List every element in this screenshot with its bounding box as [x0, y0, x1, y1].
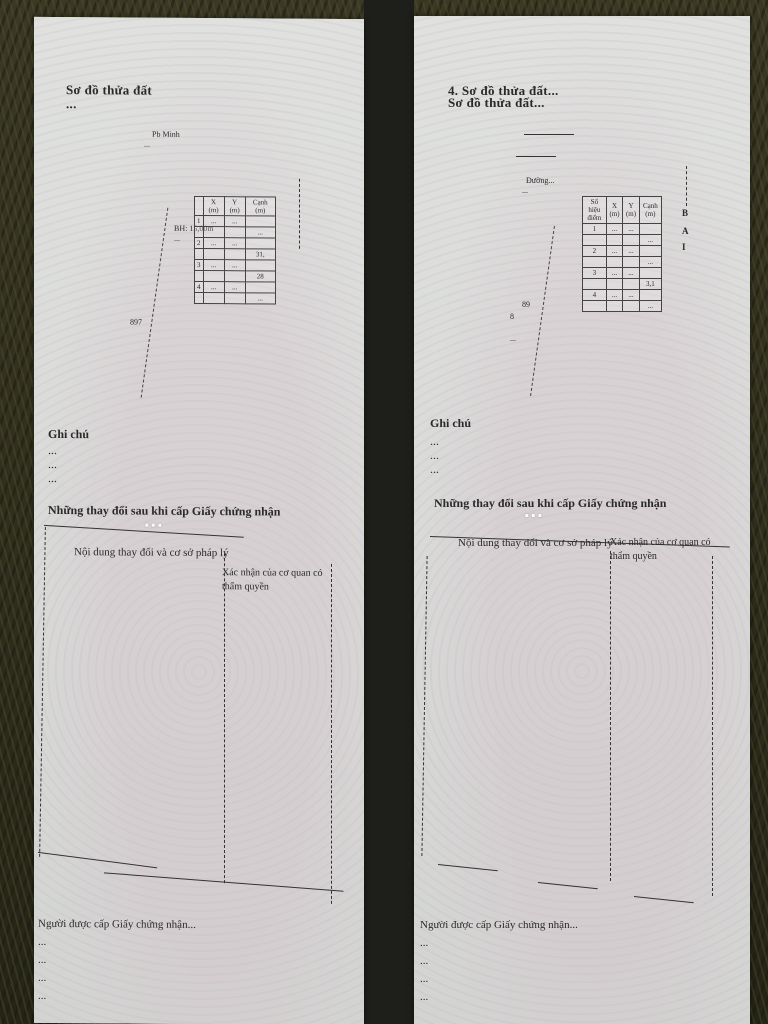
- table-header: X (m): [606, 197, 623, 224]
- table-cell: ...: [606, 290, 623, 301]
- table-cell: [224, 293, 245, 304]
- table-row: 4......: [583, 290, 662, 301]
- table-divider: [610, 551, 611, 881]
- table-cell: ...: [224, 238, 245, 249]
- table-cell: ...: [203, 238, 224, 249]
- road-line: [516, 156, 556, 157]
- table-row: ...: [583, 235, 662, 246]
- changes-col2-header: Xác nhận của cơ quan có thẩm quyền: [222, 566, 332, 595]
- table-border-right: [331, 564, 332, 904]
- margin-letter: B: [682, 208, 688, 218]
- footer-line: ...: [38, 989, 46, 1003]
- road-label: Đường...: [526, 176, 554, 185]
- table-cell: ...: [224, 260, 245, 271]
- changes-col1-header: Nội dung thay đổi và cơ sở pháp lý: [458, 536, 613, 550]
- table-cell: [639, 268, 661, 279]
- table-cell: [245, 260, 275, 271]
- table-rule: [38, 852, 157, 868]
- table-cell: ...: [224, 216, 245, 227]
- notes-line: ...: [48, 457, 57, 471]
- table-cell: [583, 301, 607, 312]
- table-cell: 4: [195, 281, 204, 292]
- table-row: ...: [195, 292, 276, 304]
- footer-line: ...: [420, 972, 428, 986]
- watermark-text: ...: [524, 500, 544, 523]
- table-row: ...: [195, 226, 276, 238]
- parcel-label-2: ...: [174, 234, 180, 243]
- footer-line: ...: [38, 935, 46, 949]
- changes-col2-header: Xác nhận của cơ quan có thẩm quyền: [610, 536, 720, 564]
- notes-line: ...: [430, 434, 439, 448]
- coordinate-table: X (m)Y (m)Cạnh (m) 1.........2......31,3…: [194, 196, 276, 305]
- table-cell: [639, 224, 661, 235]
- table-cell: [606, 301, 623, 312]
- side-number: ...: [510, 334, 516, 343]
- road-label-2: ...: [522, 186, 528, 195]
- table-rule: [538, 882, 598, 889]
- table-cell: [639, 246, 661, 257]
- side-number: 897: [130, 318, 142, 327]
- road-label: Pb Minh: [152, 130, 180, 139]
- footer-line: ...: [38, 953, 46, 967]
- footer-line: ...: [38, 971, 46, 985]
- table-cell: [606, 257, 623, 268]
- table-header: Cạnh (m): [639, 197, 661, 224]
- table-cell: [245, 282, 275, 293]
- table-border-left: [39, 527, 46, 857]
- table-cell: [623, 301, 639, 312]
- document-page-left: Sơ đồ thửa đất ... Pb Minh ... BH: 15,00…: [34, 17, 364, 1024]
- table-divider: [224, 553, 225, 883]
- table-row: 3......: [583, 268, 662, 279]
- table-cell: [224, 271, 245, 282]
- table-cell: [203, 293, 224, 304]
- parcel-boundary-left: [141, 208, 169, 398]
- table-header: X (m): [203, 197, 224, 216]
- road-line: [524, 134, 574, 135]
- section-subheading: Sơ đồ thửa đất...: [448, 96, 545, 109]
- changes-col1-header: Nội dung thay đổi và cơ sở pháp lý: [74, 545, 229, 560]
- table-cell: [606, 279, 623, 290]
- margin-letter: I: [682, 242, 686, 252]
- table-row: 4......: [195, 281, 276, 293]
- table-rule: [438, 864, 498, 871]
- table-cell: [195, 270, 204, 281]
- table-cell: [224, 249, 245, 260]
- table-row: 3,1: [583, 279, 662, 290]
- table-cell: [606, 235, 623, 246]
- watermark-text: ...: [144, 510, 164, 533]
- table-cell: [195, 292, 204, 303]
- margin-line: [686, 166, 687, 206]
- changes-heading: Những thay đổi sau khi cấp Giấy chứng nh…: [48, 503, 280, 519]
- table-cell: ...: [639, 257, 661, 268]
- table-cell: [623, 235, 639, 246]
- footer-line: Người được cấp Giấy chứng nhận...: [38, 917, 196, 932]
- table-row: 28: [195, 270, 276, 282]
- table-rule: [634, 896, 694, 903]
- table-cell: [203, 249, 224, 260]
- table-cell: [583, 235, 607, 246]
- table-cell: [195, 248, 204, 259]
- table-cell: 1: [583, 224, 607, 235]
- footer-line: ...: [420, 990, 428, 1004]
- notes-heading: Ghi chú: [48, 427, 89, 441]
- table-cell: ...: [203, 282, 224, 293]
- side-number: 8: [510, 312, 514, 321]
- table-cell: [639, 290, 661, 301]
- table-cell: [195, 226, 204, 237]
- table-cell: [245, 216, 275, 227]
- table-cell: ...: [245, 227, 275, 238]
- table-row: 2......: [195, 237, 276, 249]
- table-header: Số hiệu điểm: [583, 197, 607, 224]
- table-row: 31,: [195, 248, 276, 260]
- table-border-right: [712, 556, 713, 896]
- table-cell: 3: [195, 259, 204, 270]
- table-header: Y (m): [224, 197, 245, 216]
- table-cell: [203, 227, 224, 238]
- table-border-left: [421, 556, 427, 856]
- table-cell: [623, 257, 639, 268]
- road-label-2: ...: [144, 140, 150, 149]
- side-number: 89: [522, 300, 530, 309]
- notes-line: ...: [48, 443, 57, 457]
- table-cell: ...: [606, 246, 623, 257]
- table-cell: ...: [623, 290, 639, 301]
- table-row: ...: [583, 257, 662, 268]
- table-row: 1......: [195, 215, 276, 227]
- table-cell: [623, 279, 639, 290]
- table-cell: ...: [245, 293, 275, 304]
- changes-heading: Những thay đổi sau khi cấp Giấy chứng nh…: [434, 496, 666, 510]
- notes-line: ...: [48, 471, 57, 485]
- notes-line: ...: [430, 462, 439, 476]
- table-cell: ...: [623, 246, 639, 257]
- table-row: 2......: [583, 246, 662, 257]
- table-cell: ...: [639, 301, 661, 312]
- table-cell: [583, 257, 607, 268]
- table-cell: ...: [639, 235, 661, 246]
- table-cell: ...: [224, 282, 245, 293]
- notes-line: ...: [430, 448, 439, 462]
- table-cell: ...: [203, 216, 224, 227]
- footer-line: ...: [420, 954, 428, 968]
- table-header: [195, 196, 204, 215]
- table-cell: 31,: [245, 249, 275, 260]
- table-header: Cạnh (m): [245, 197, 275, 216]
- table-cell: 3: [583, 268, 607, 279]
- table-cell: ...: [623, 268, 639, 279]
- background-gap: [364, 0, 414, 1024]
- margin-line: [299, 179, 300, 249]
- table-cell: 2: [583, 246, 607, 257]
- table-cell: 28: [245, 271, 275, 282]
- section-subheading: ...: [66, 97, 77, 110]
- table-row: 1......: [583, 224, 662, 235]
- table-cell: [203, 271, 224, 282]
- footer-line: Người được cấp Giấy chứng nhận...: [420, 918, 578, 932]
- table-row: 3......: [195, 259, 276, 271]
- table-cell: ...: [606, 268, 623, 279]
- table-cell: ...: [203, 260, 224, 271]
- table-header: Y (m): [623, 197, 639, 224]
- table-cell: 2: [195, 237, 204, 248]
- table-cell: [583, 279, 607, 290]
- table-cell: 1: [195, 215, 204, 226]
- table-cell: ...: [606, 224, 623, 235]
- footer-line: ...: [420, 936, 428, 950]
- section-heading: Sơ đồ thửa đất: [66, 83, 152, 97]
- document-page-right: 4. Sơ đồ thửa đất... Sơ đồ thửa đất... Đ…: [414, 16, 750, 1024]
- table-cell: [224, 227, 245, 238]
- margin-letter: A: [682, 226, 689, 236]
- notes-heading: Ghi chú: [430, 416, 471, 430]
- parcel-boundary-left: [530, 226, 555, 396]
- table-cell: 3,1: [639, 279, 661, 290]
- table-row: ...: [583, 301, 662, 312]
- table-cell: 4: [583, 290, 607, 301]
- table-cell: [245, 238, 275, 249]
- table-cell: ...: [623, 224, 639, 235]
- coordinate-table: Số hiệu điểmX (m)Y (m)Cạnh (m) 1........…: [582, 196, 662, 312]
